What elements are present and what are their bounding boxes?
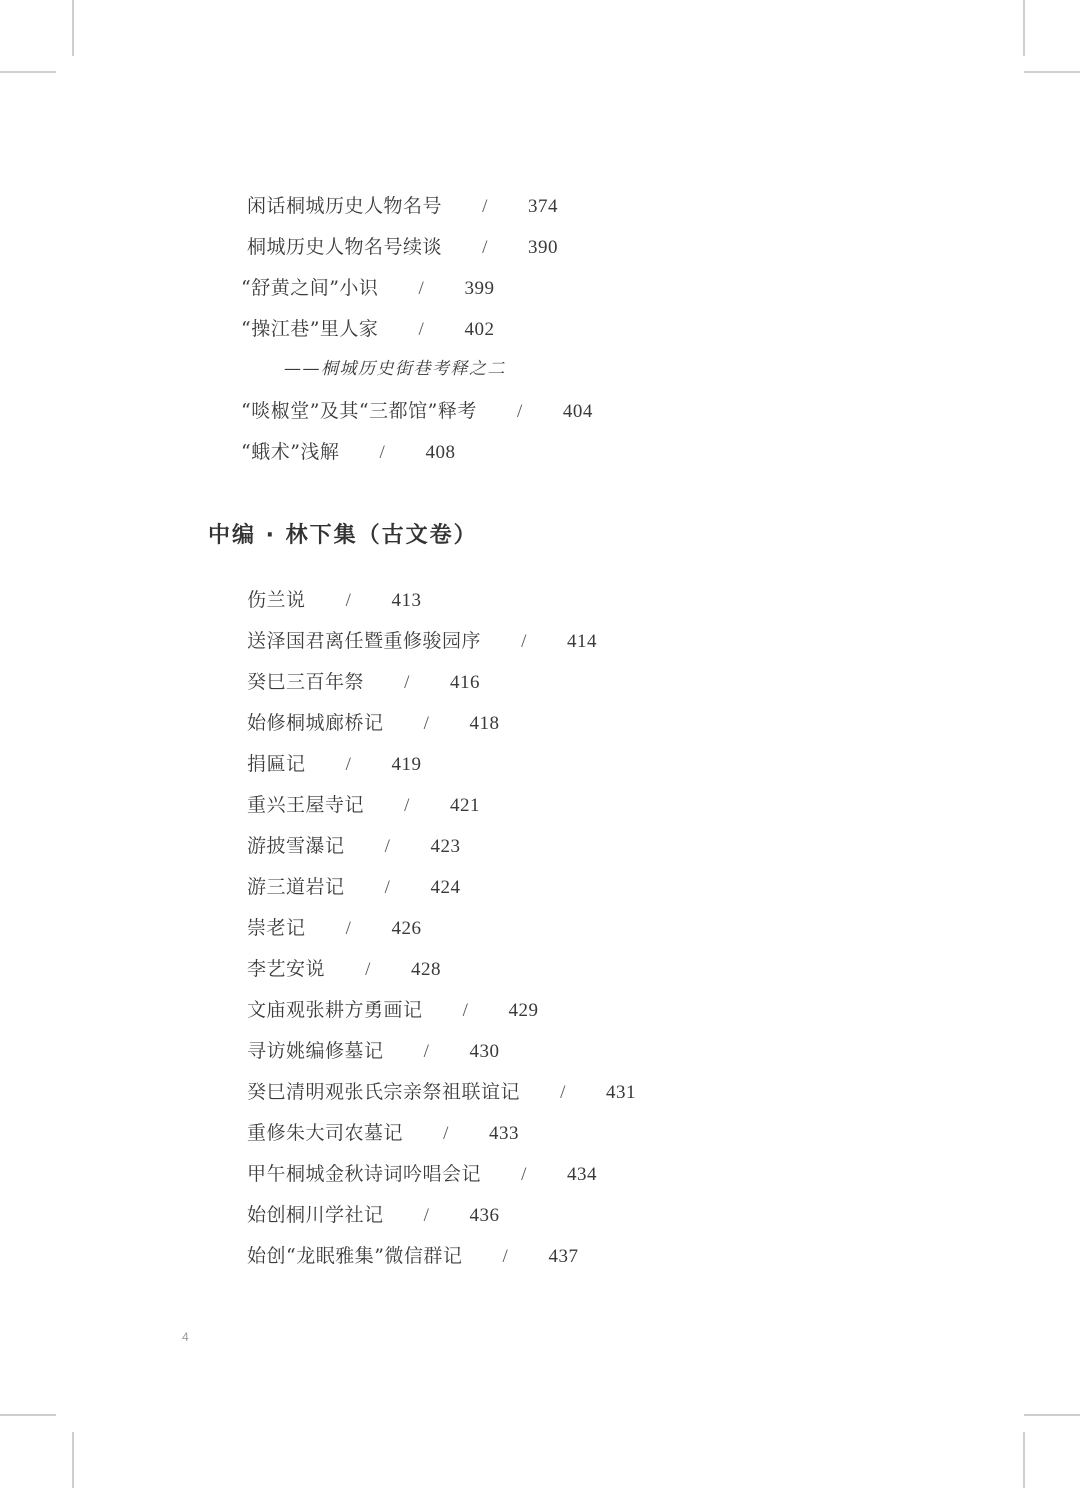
toc-separator: /: [414, 274, 428, 304]
toc-separator: /: [381, 873, 395, 903]
toc-page-number: 374: [528, 192, 558, 222]
toc-page-number: 418: [470, 709, 500, 739]
toc-entry-title: 始创桐川学社记: [247, 1200, 384, 1230]
toc-separator: /: [342, 914, 356, 944]
toc-entry[interactable]: “蛾术”浅解/408: [241, 437, 455, 467]
toc-entry[interactable]: 崇老记/426: [247, 913, 422, 943]
toc-page-number: 413: [392, 586, 422, 616]
crop-mark-top-right-vertical: [1023, 0, 1025, 56]
page-number: 4: [182, 1330, 189, 1344]
toc-entry[interactable]: 送泽国君离任暨重修骏园序/414: [247, 626, 597, 656]
toc-entry-title: “蛾术”浅解: [241, 437, 339, 467]
toc-separator: /: [420, 709, 434, 739]
toc-page-number: 402: [464, 315, 494, 345]
crop-mark-bottom-right-vertical: [1023, 1432, 1025, 1488]
toc-entry[interactable]: 癸巳清明观张氏宗亲祭祖联谊记/431: [247, 1077, 636, 1107]
toc-entry-title: 始修桐城廊桥记: [247, 708, 384, 738]
crop-mark-bottom-left-horizontal: [0, 1414, 56, 1416]
toc-page-number: 429: [509, 996, 539, 1026]
toc-entry[interactable]: 李艺安说/428: [247, 954, 441, 984]
toc-entry-subtitle: ——桐城历史街巷考释之二: [284, 354, 506, 384]
toc-separator: /: [556, 1078, 570, 1108]
toc-entry-title: 甲午桐城金秋诗词吟唱会记: [247, 1159, 481, 1189]
toc-entry[interactable]: 文庙观张耕方勇画记/429: [247, 995, 539, 1025]
toc-separator: /: [400, 791, 414, 821]
toc-entry-title: 捐匾记: [247, 749, 306, 779]
toc-separator: /: [459, 996, 473, 1026]
toc-entry-title: 崇老记: [247, 913, 306, 943]
toc-separator: /: [420, 1201, 434, 1231]
toc-entry[interactable]: 捐匾记/419: [247, 749, 422, 779]
toc-entry[interactable]: 始创“龙眠雅集”微信群记/437: [247, 1241, 578, 1271]
toc-entry-title: 送泽国君离任暨重修骏园序: [247, 626, 481, 656]
toc-entry[interactable]: “操江巷”里人家/402: [241, 314, 494, 344]
toc-separator: /: [478, 192, 492, 222]
toc-separator: /: [478, 233, 492, 263]
toc-page-number: 419: [392, 750, 422, 780]
toc-page-number: 424: [431, 873, 461, 903]
section-heading: 中编 · 林下集（古文卷）: [208, 518, 478, 549]
toc-page-number: 434: [567, 1160, 597, 1190]
toc-separator: /: [400, 668, 414, 698]
toc-separator: /: [517, 1160, 531, 1190]
toc-page-number: 408: [425, 438, 455, 468]
toc-entry-title: 游披雪瀑记: [247, 831, 345, 861]
toc-entry-title: “操江巷”里人家: [241, 314, 378, 344]
toc-entry[interactable]: 重修朱大司农墓记/433: [247, 1118, 519, 1148]
toc-entry[interactable]: “舒黄之间”小识/399: [241, 273, 494, 303]
toc-separator: /: [420, 1037, 434, 1067]
toc-entry-title: 癸巳三百年祭: [247, 667, 364, 697]
toc-separator: /: [414, 315, 428, 345]
toc-separator: /: [342, 586, 356, 616]
toc-entry-title: 桐城历史人物名号续谈: [247, 232, 442, 262]
toc-separator: /: [498, 1242, 512, 1272]
toc-page-number: 421: [450, 791, 480, 821]
toc-entry-title: 重兴王屋寺记: [247, 790, 364, 820]
toc-entry-title: 文庙观张耕方勇画记: [247, 995, 423, 1025]
toc-separator: /: [381, 832, 395, 862]
toc-entry-title: 游三道岩记: [247, 872, 345, 902]
toc-entry[interactable]: 始创桐川学社记/436: [247, 1200, 500, 1230]
toc-entry[interactable]: 伤兰说/413: [247, 585, 422, 615]
toc-page-number: 436: [470, 1201, 500, 1231]
toc-entry[interactable]: “啖椒堂”及其“三都馆”释考/404: [241, 396, 593, 426]
toc-entry-title: 始创“龙眠雅集”微信群记: [247, 1241, 462, 1271]
toc-page-number: 426: [392, 914, 422, 944]
toc-entry-title: 闲话桐城历史人物名号: [247, 191, 442, 221]
toc-entry-title: “舒黄之间”小识: [241, 273, 378, 303]
toc-page-number: 430: [470, 1037, 500, 1067]
toc-entry[interactable]: 桐城历史人物名号续谈/390: [247, 232, 558, 262]
toc-separator: /: [513, 397, 527, 427]
toc-page-number: 437: [548, 1242, 578, 1272]
toc-page-number: 399: [464, 274, 494, 304]
crop-mark-top-left-horizontal: [0, 71, 56, 73]
toc-page-number: 431: [606, 1078, 636, 1108]
crop-mark-bottom-right-horizontal: [1024, 1414, 1080, 1416]
toc-entry[interactable]: 甲午桐城金秋诗词吟唱会记/434: [247, 1159, 597, 1189]
toc-entry[interactable]: 闲话桐城历史人物名号/374: [247, 191, 558, 221]
toc-separator: /: [439, 1119, 453, 1149]
crop-mark-top-left-vertical: [72, 0, 74, 56]
toc-page-number: 390: [528, 233, 558, 263]
toc-separator: /: [361, 955, 375, 985]
crop-mark-top-right-horizontal: [1024, 71, 1080, 73]
toc-page-number: 433: [489, 1119, 519, 1149]
toc-entry[interactable]: 游披雪瀑记/423: [247, 831, 461, 861]
toc-entry-title: “啖椒堂”及其“三都馆”释考: [241, 396, 477, 426]
toc-entry-title: 重修朱大司农墓记: [247, 1118, 403, 1148]
toc-entry-title: 伤兰说: [247, 585, 306, 615]
toc-separator: /: [342, 750, 356, 780]
toc-page-number: 428: [411, 955, 441, 985]
toc-entry[interactable]: 游三道岩记/424: [247, 872, 461, 902]
toc-separator: /: [375, 438, 389, 468]
toc-entry[interactable]: 癸巳三百年祭/416: [247, 667, 480, 697]
toc-entry[interactable]: 始修桐城廊桥记/418: [247, 708, 500, 738]
toc-entry-title: 李艺安说: [247, 954, 325, 984]
toc-separator: /: [517, 627, 531, 657]
toc-entry[interactable]: 寻访姚编修墓记/430: [247, 1036, 500, 1066]
toc-entry[interactable]: 重兴王屋寺记/421: [247, 790, 480, 820]
crop-mark-bottom-left-vertical: [72, 1432, 74, 1488]
toc-entry-title: 寻访姚编修墓记: [247, 1036, 384, 1066]
toc-page-number: 416: [450, 668, 480, 698]
toc-page-number: 423: [431, 832, 461, 862]
toc-page-number: 414: [567, 627, 597, 657]
toc-page-number: 404: [563, 397, 593, 427]
toc-entry-title: 癸巳清明观张氏宗亲祭祖联谊记: [247, 1077, 520, 1107]
